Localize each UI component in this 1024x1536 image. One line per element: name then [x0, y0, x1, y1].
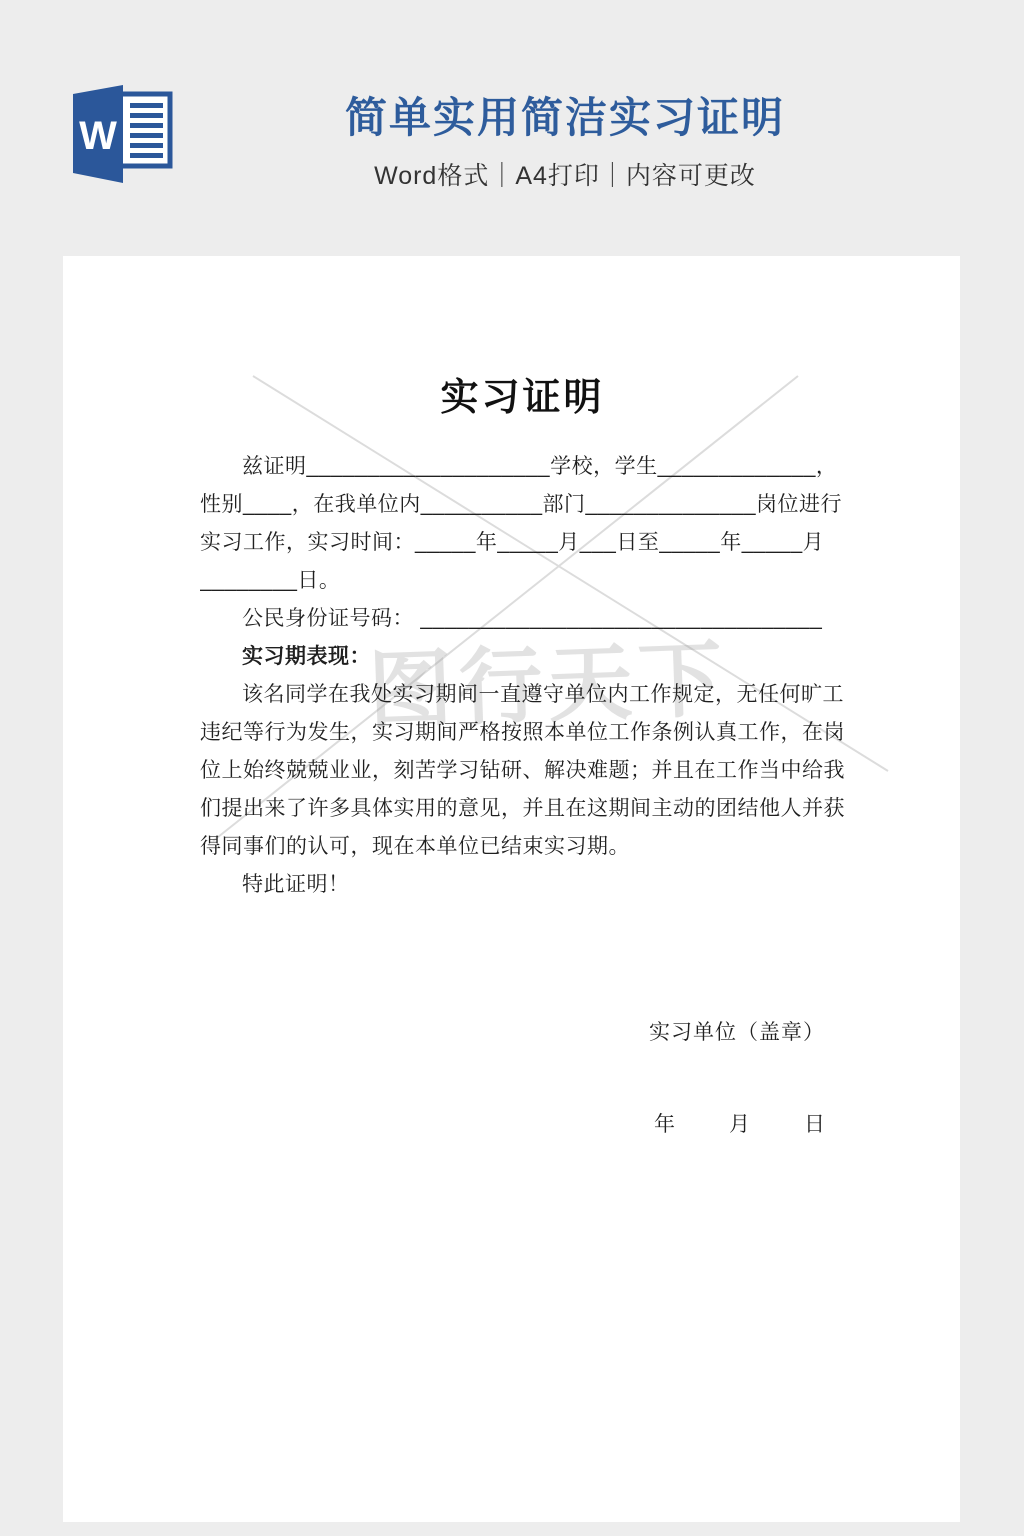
document-line-10: 们提出来了许多具体实用的意见，并且在这期间主动的团结他人并获 [200, 790, 845, 828]
header-text: 简单实用简洁实习证明 Word格式｜A4打印｜内容可更改 [106, 92, 1024, 192]
document-line-5: 公民身份证号码： _______________________________… [200, 600, 845, 638]
document-line-8: 违纪等行为发生，实习期间严格按照本单位工作条例认真工作，在岗 [200, 714, 845, 752]
document-title: 实习证明 [200, 366, 845, 421]
signature-line: 实习单位（盖章） [200, 1016, 845, 1046]
date-part-3: 日 [804, 1108, 825, 1138]
date-part-2: 月 [729, 1108, 750, 1138]
document-line-4: ________日。 [200, 562, 845, 600]
document-body: 兹证明____________________学校，学生____________… [200, 448, 845, 904]
document-line-12: 特此证明！ [200, 866, 845, 904]
date-parts: 年月日 [654, 1108, 825, 1138]
document-line-2: 性别____，在我单位内__________部门______________岗位… [200, 486, 845, 524]
document-page: 图行天下 实习证明 兹证明____________________学校，学生__… [63, 256, 960, 1522]
document-line-1: 兹证明____________________学校，学生____________… [200, 448, 845, 486]
date-line: 年月日 [200, 1108, 845, 1138]
document-line-9: 位上始终兢兢业业，刻苦学习钻研、解决难题；并且在工作当中给我 [200, 752, 845, 790]
page-title: 简单实用简洁实习证明 [106, 92, 1024, 144]
document-line-3: 实习工作，实习时间：_____年_____月___日至_____年_____月 [200, 524, 845, 562]
screen: W 简单实用简洁实习证明 Word格式｜A4打印｜内容可更改 图行天下 实习证明… [0, 0, 1024, 1536]
document-line-6: 实习期表现： [200, 638, 845, 676]
date-part-1: 年 [654, 1108, 675, 1138]
document-line-7: 该名同学在我处实习期间一直遵守单位内工作规定，无任何旷工 [200, 676, 845, 714]
page-subtitle: Word格式｜A4打印｜内容可更改 [106, 156, 1024, 192]
header: W 简单实用简洁实习证明 Word格式｜A4打印｜内容可更改 [0, 0, 1024, 256]
document-line-11: 得同事们的认可，现在本单位已结束实习期。 [200, 828, 845, 866]
